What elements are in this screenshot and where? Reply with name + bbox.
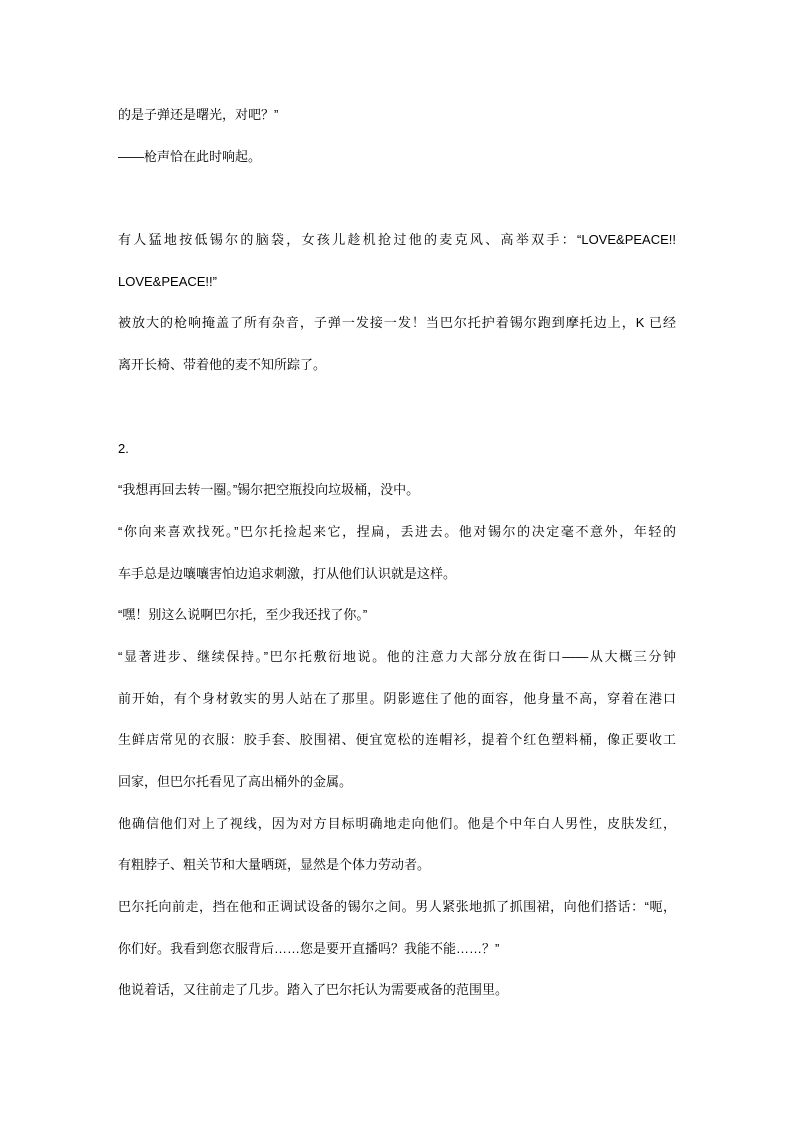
text-line: “我想再回去转一圈。”锡尔把空瓶投向垃圾桶，没中。 (118, 469, 676, 511)
text-line: LOVE&PEACE!!” (118, 261, 676, 303)
text-line: 离开长椅、带着他的麦不知所踪了。 (118, 344, 676, 386)
text-line: 你们好。我看到您衣服背后……您是要开直播吗？我能不能……？” (118, 928, 676, 970)
document-page: 的是子弹还是曙光，对吧？”——枪声恰在此时响起。有人猛地按低锡尔的脑袋，女孩儿趁… (0, 0, 794, 1123)
text-line: 有粗脖子、粗关节和大量晒斑，显然是个体力劳动者。 (118, 844, 676, 886)
text-line: 前开始，有个身材敦实的男人站在了那里。阴影遮住了他的面容，他身量不高，穿着在港口 (118, 678, 676, 720)
text-line: 生鲜店常见的衣服：胶手套、胶围裙、便宜宽松的连帽衫，提着个红色塑料桶，像正要收工 (118, 719, 676, 761)
text-line: 他确信他们对上了视线，因为对方目标明确地走向他们。他是个中年白人男性，皮肤发红， (118, 803, 676, 845)
text-line: 的是子弹还是曙光，对吧？” (118, 94, 676, 136)
text-line: 回家，但巴尔托看见了高出桶外的金属。 (118, 761, 676, 803)
text-line: 他说着话，又往前走了几步。踏入了巴尔托认为需要戒备的范围里。 (118, 969, 676, 1011)
text-line: 巴尔托向前走，挡在他和正调试设备的锡尔之间。男人紧张地抓了抓围裙，向他们搭话：“… (118, 886, 676, 928)
text-line: 被放大的枪响掩盖了所有杂音，子弹一发接一发！当巴尔托护着锡尔跑到摩托边上，K 已… (118, 302, 676, 344)
text-line: 车手总是边嚷嚷害怕边追求刺激，打从他们认识就是这样。 (118, 553, 676, 595)
blank-line (118, 177, 676, 219)
text-line: “你向来喜欢找死。”巴尔托捡起来它，捏扁，丢进去。他对锡尔的决定毫不意外，年轻的 (118, 511, 676, 553)
blank-line (118, 386, 676, 428)
text-line: 有人猛地按低锡尔的脑袋，女孩儿趁机抢过他的麦克风、高举双手：“LOVE&PEAC… (118, 219, 676, 261)
text-body: 的是子弹还是曙光，对吧？”——枪声恰在此时响起。有人猛地按低锡尔的脑袋，女孩儿趁… (118, 94, 676, 1011)
text-line: “嘿！别这么说啊巴尔托，至少我还找了你。” (118, 594, 676, 636)
section-number: 2. (118, 428, 676, 470)
text-line: ——枪声恰在此时响起。 (118, 136, 676, 178)
text-line: “显著进步、继续保持。”巴尔托敷衍地说。他的注意力大部分放在街口——从大概三分钟 (118, 636, 676, 678)
